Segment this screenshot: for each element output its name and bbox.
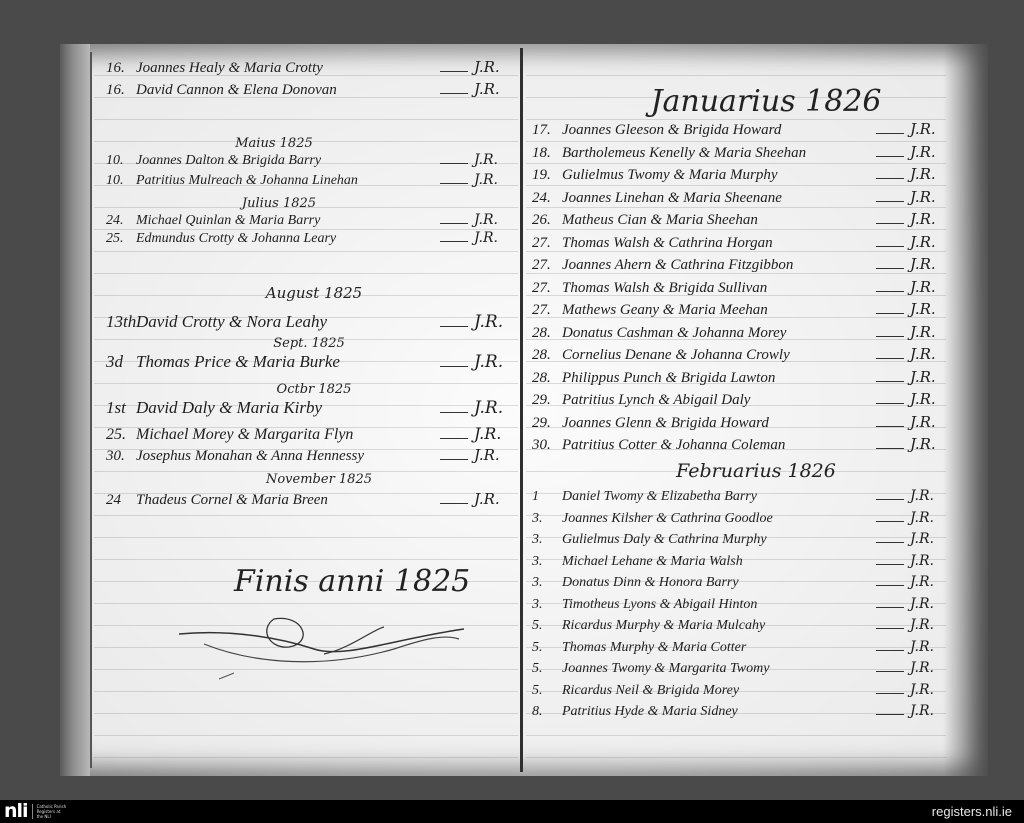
entry-day: 28. bbox=[532, 325, 562, 342]
entry-day: 28. bbox=[532, 370, 562, 387]
register-entry: 27.Mathews Geany & Maria MeehanJ.R. bbox=[532, 300, 942, 319]
entry-names: Edmundus Crotty & Johanna Leary bbox=[136, 231, 434, 247]
entry-names: Patritius Hyde & Maria Sidney bbox=[562, 704, 870, 720]
entry-dash bbox=[876, 448, 904, 449]
register-entry: 25. Michael Morey & Margarita Flyn J.R. bbox=[106, 424, 506, 444]
priest-initials: J.R. bbox=[910, 188, 942, 206]
priest-initials: J.R. bbox=[474, 58, 506, 76]
entry-names: Thomas Walsh & Cathrina Horgan bbox=[562, 235, 870, 252]
entry-day: 25. bbox=[106, 231, 136, 247]
entry-day: 5. bbox=[532, 683, 562, 699]
entry-names: David Crotty & Nora Leahy bbox=[136, 312, 434, 332]
entry-dash bbox=[440, 438, 468, 439]
entry-names: Michael Lehane & Maria Walsh bbox=[562, 554, 870, 570]
entry-dash bbox=[876, 585, 904, 586]
register-entry: 25. Edmundus Crotty & Johanna Leary J.R. bbox=[106, 230, 506, 247]
entry-day: 8. bbox=[532, 704, 562, 720]
entry-dash bbox=[440, 459, 468, 460]
entry-day: 3. bbox=[532, 575, 562, 591]
entry-dash bbox=[876, 607, 904, 608]
entry-day: 27. bbox=[532, 302, 562, 319]
entry-names: Joannes Kilsher & Cathrina Goodloe bbox=[562, 511, 870, 527]
priest-initials: J.R. bbox=[474, 446, 506, 464]
entry-day: 30. bbox=[532, 437, 562, 454]
section-heading: Octbr 1825 bbox=[259, 382, 369, 397]
entry-names: Timotheus Lyons & Abigail Hinton bbox=[562, 597, 870, 613]
priest-initials: J.R. bbox=[910, 574, 942, 590]
entry-names: Joannes Ahern & Cathrina Fitzgibbon bbox=[562, 257, 870, 274]
register-entry: 27.Joannes Ahern & Cathrina FitzgibbonJ.… bbox=[532, 255, 942, 274]
register-scan[interactable]: 16. Joannes Healy & Maria Crotty J.R. 16… bbox=[60, 44, 988, 776]
register-entry: 3.Donatus Dinn & Honora BarryJ.R. bbox=[532, 574, 942, 591]
priest-initials: J.R. bbox=[910, 120, 942, 138]
entry-day: 3. bbox=[532, 597, 562, 613]
section-heading: Januarius 1826 bbox=[636, 84, 896, 119]
entry-names: Michael Morey & Margarita Flyn bbox=[136, 426, 434, 444]
entry-names: Joannes Twomy & Margarita Twomy bbox=[562, 661, 870, 677]
entry-day: 25. bbox=[106, 426, 136, 444]
entry-names: Donatus Cashman & Johanna Morey bbox=[562, 325, 870, 342]
entry-day: 26. bbox=[532, 212, 562, 229]
priest-initials: J.R. bbox=[910, 210, 942, 228]
entry-day: 30. bbox=[106, 448, 136, 465]
left-page: 16. Joannes Healy & Maria Crotty J.R. 16… bbox=[94, 44, 518, 776]
entry-names: David Daly & Maria Kirby bbox=[136, 398, 434, 418]
entry-names: Thadeus Cornel & Maria Breen bbox=[136, 492, 434, 509]
priest-initials: J.R. bbox=[910, 596, 942, 612]
register-entry: 1Daniel Twomy & Elizabetha BarryJ.R. bbox=[532, 488, 942, 505]
priest-initials: J.R. bbox=[910, 300, 942, 318]
logo-caption-line: the NLI bbox=[37, 814, 67, 819]
flourish-ornament bbox=[174, 609, 474, 689]
register-entry: 5.Thomas Murphy & Maria CotterJ.R. bbox=[532, 639, 942, 656]
register-entry: 16. Joannes Healy & Maria Crotty J.R. bbox=[106, 58, 506, 77]
entry-names: Joannes Glenn & Brigida Howard bbox=[562, 415, 870, 432]
image-viewer[interactable]: 16. Joannes Healy & Maria Crotty J.R. 16… bbox=[0, 0, 1024, 800]
entry-day: 19. bbox=[532, 167, 562, 184]
entry-day: 16. bbox=[106, 82, 136, 99]
register-entry: 29.Joannes Glenn & Brigida HowardJ.R. bbox=[532, 413, 942, 432]
entry-day: 5. bbox=[532, 661, 562, 677]
register-entry: 27.Thomas Walsh & Brigida SullivanJ.R. bbox=[532, 278, 942, 297]
footer-bar: nli Catholic Parish Registers at the NLI… bbox=[0, 800, 1024, 823]
entry-names: Bartholemeus Kenelly & Maria Sheehan bbox=[562, 145, 870, 162]
entry-dash bbox=[440, 163, 468, 164]
register-entry: 5.Joannes Twomy & Margarita TwomyJ.R. bbox=[532, 660, 942, 677]
entry-day: 3d bbox=[106, 352, 136, 372]
entry-dash bbox=[876, 223, 904, 224]
entry-dash bbox=[876, 564, 904, 565]
entry-dash bbox=[876, 133, 904, 134]
priest-initials: J.R. bbox=[910, 368, 942, 386]
entry-dash bbox=[876, 201, 904, 202]
priest-initials: J.R. bbox=[910, 435, 942, 453]
register-entry: 24. Michael Quinlan & Maria Barry J.R. bbox=[106, 212, 506, 229]
entry-names: Gulielmus Daly & Cathrina Murphy bbox=[562, 532, 870, 548]
priest-initials: J.R. bbox=[474, 212, 506, 228]
register-entry: 10. Joannes Dalton & Brigida Barry J.R. bbox=[106, 152, 506, 169]
priest-initials: J.R. bbox=[910, 639, 942, 655]
entry-day: 27. bbox=[532, 280, 562, 297]
entry-dash bbox=[876, 313, 904, 314]
section-heading: August 1825 bbox=[244, 284, 384, 302]
priest-initials: J.R. bbox=[910, 531, 942, 547]
register-entry: 10. Patritius Mulreach & Johanna Linehan… bbox=[106, 172, 506, 189]
entry-names: Joannes Linehan & Maria Sheenane bbox=[562, 190, 870, 207]
entry-dash bbox=[876, 178, 904, 179]
entry-names: Thomas Walsh & Brigida Sullivan bbox=[562, 280, 870, 297]
priest-initials: J.R. bbox=[910, 553, 942, 569]
register-entry: 26.Matheus Cian & Maria SheehanJ.R. bbox=[532, 210, 942, 229]
register-entry: 17.Joannes Gleeson & Brigida HowardJ.R. bbox=[532, 120, 942, 139]
entry-names: Matheus Cian & Maria Sheehan bbox=[562, 212, 870, 229]
entry-names: Ricardus Neil & Brigida Morey bbox=[562, 683, 870, 699]
register-entry: 19.Gulielmus Twomy & Maria MurphyJ.R. bbox=[532, 165, 942, 184]
entry-day: 27. bbox=[532, 257, 562, 274]
register-entry: 3.Gulielmus Daly & Cathrina MurphyJ.R. bbox=[532, 531, 942, 548]
entry-names: Cornelius Denane & Johanna Crowly bbox=[562, 347, 870, 364]
priest-initials: J.R. bbox=[474, 230, 506, 246]
entry-dash bbox=[440, 241, 468, 242]
entry-dash bbox=[440, 412, 468, 413]
entry-names: Joannes Gleeson & Brigida Howard bbox=[562, 122, 870, 139]
entry-names: Patritius Lynch & Abigail Daly bbox=[562, 392, 870, 409]
entry-dash bbox=[876, 521, 904, 522]
register-entry: 27.Thomas Walsh & Cathrina HorganJ.R. bbox=[532, 233, 942, 252]
section-heading: Februarius 1826 bbox=[656, 460, 856, 482]
page-edge-shadow bbox=[943, 44, 988, 776]
entry-dash bbox=[876, 650, 904, 651]
logo-divider bbox=[32, 804, 33, 819]
entry-dash bbox=[440, 223, 468, 224]
entry-names: Josephus Monahan & Anna Hennessy bbox=[136, 448, 434, 465]
priest-initials: J.R. bbox=[474, 490, 506, 508]
closing-note: Finis anni 1825 bbox=[234, 564, 470, 599]
entry-dash bbox=[876, 628, 904, 629]
priest-initials: J.R. bbox=[910, 278, 942, 296]
section-heading: November 1825 bbox=[254, 472, 384, 487]
entry-names: Mathews Geany & Maria Meehan bbox=[562, 302, 870, 319]
register-entry: 28.Philippus Punch & Brigida LawtonJ.R. bbox=[532, 368, 942, 387]
priest-initials: J.R. bbox=[910, 390, 942, 408]
entry-day: 24. bbox=[532, 190, 562, 207]
entry-dash bbox=[876, 403, 904, 404]
entry-day: 27. bbox=[532, 235, 562, 252]
entry-names: Joannes Healy & Maria Crotty bbox=[136, 60, 434, 77]
section-heading: Maius 1825 bbox=[214, 136, 334, 151]
register-entry: 3.Michael Lehane & Maria WalshJ.R. bbox=[532, 553, 942, 570]
priest-initials: J.R. bbox=[474, 312, 506, 332]
entry-names: Donatus Dinn & Honora Barry bbox=[562, 575, 870, 591]
entry-dash bbox=[440, 71, 468, 72]
priest-initials: J.R. bbox=[910, 143, 942, 161]
right-page: Januarius 1826 17.Joannes Gleeson & Brig… bbox=[526, 44, 946, 776]
priest-initials: J.R. bbox=[474, 172, 506, 188]
register-entry: 16. David Cannon & Elena Donovan J.R. bbox=[106, 80, 506, 99]
register-entry: 1st David Daly & Maria Kirby J.R. bbox=[106, 398, 506, 418]
register-entry: 30. Josephus Monahan & Anna Hennessy J.R… bbox=[106, 446, 506, 465]
register-entry: 3.Joannes Kilsher & Cathrina GoodloeJ.R. bbox=[532, 510, 942, 527]
entry-day: 17. bbox=[532, 122, 562, 139]
priest-initials: J.R. bbox=[910, 617, 942, 633]
entry-day: 13th bbox=[106, 312, 136, 332]
entry-dash bbox=[876, 714, 904, 715]
priest-initials: J.R. bbox=[474, 398, 506, 418]
book-binding-edge bbox=[60, 44, 90, 776]
section-heading: Sept. 1825 bbox=[254, 336, 364, 351]
entry-day: 10. bbox=[106, 153, 136, 169]
register-entry: 28.Cornelius Denane & Johanna CrowlyJ.R. bbox=[532, 345, 942, 364]
entry-dash bbox=[876, 693, 904, 694]
logo-caption: Catholic Parish Registers at the NLI bbox=[37, 804, 67, 819]
site-link[interactable]: registers.nli.ie bbox=[932, 804, 1012, 819]
priest-initials: J.R. bbox=[910, 345, 942, 363]
priest-initials: J.R. bbox=[910, 703, 942, 719]
priest-initials: J.R. bbox=[910, 323, 942, 341]
priest-initials: J.R. bbox=[474, 152, 506, 168]
priest-initials: J.R. bbox=[474, 352, 506, 372]
entry-day: 16. bbox=[106, 60, 136, 77]
register-entry: 24.Joannes Linehan & Maria SheenaneJ.R. bbox=[532, 188, 942, 207]
entry-day: 5. bbox=[532, 640, 562, 656]
register-entry: 28.Donatus Cashman & Johanna MoreyJ.R. bbox=[532, 323, 942, 342]
register-entry: 5.Ricardus Murphy & Maria MulcahyJ.R. bbox=[532, 617, 942, 634]
page-gutter bbox=[520, 48, 523, 772]
priest-initials: J.R. bbox=[910, 413, 942, 431]
entry-day: 5. bbox=[532, 618, 562, 634]
entry-dash bbox=[876, 336, 904, 337]
nli-logo[interactable]: nli Catholic Parish Registers at the NLI bbox=[4, 802, 66, 821]
register-entry: 30.Patritius Cotter & Johanna ColemanJ.R… bbox=[532, 435, 942, 454]
entry-names: Ricardus Murphy & Maria Mulcahy bbox=[562, 618, 870, 634]
section-heading: Julius 1825 bbox=[224, 196, 334, 211]
entry-dash bbox=[876, 156, 904, 157]
entry-day: 28. bbox=[532, 347, 562, 364]
priest-initials: J.R. bbox=[910, 488, 942, 504]
entry-day: 1st bbox=[106, 398, 136, 418]
entry-names: Thomas Murphy & Maria Cotter bbox=[562, 640, 870, 656]
entry-dash bbox=[876, 426, 904, 427]
entry-day: 3. bbox=[532, 511, 562, 527]
entry-dash bbox=[440, 93, 468, 94]
register-entry: 13th David Crotty & Nora Leahy J.R. bbox=[106, 312, 506, 332]
entry-names: Patritius Cotter & Johanna Coleman bbox=[562, 437, 870, 454]
entry-day: 29. bbox=[532, 392, 562, 409]
register-entry: 18.Bartholemeus Kenelly & Maria SheehanJ… bbox=[532, 143, 942, 162]
entry-day: 10. bbox=[106, 173, 136, 189]
entry-names: Philippus Punch & Brigida Lawton bbox=[562, 370, 870, 387]
entry-dash bbox=[876, 268, 904, 269]
entry-dash bbox=[440, 366, 468, 367]
priest-initials: J.R. bbox=[474, 424, 506, 443]
entry-dash bbox=[876, 542, 904, 543]
register-entry: 3d Thomas Price & Maria Burke J.R. bbox=[106, 352, 506, 372]
entry-names: Daniel Twomy & Elizabetha Barry bbox=[562, 489, 870, 505]
entry-day: 3. bbox=[532, 532, 562, 548]
entry-names: David Cannon & Elena Donovan bbox=[136, 82, 434, 99]
priest-initials: J.R. bbox=[910, 682, 942, 698]
entry-day: 24. bbox=[106, 213, 136, 229]
entry-dash bbox=[440, 183, 468, 184]
entry-names: Joannes Dalton & Brigida Barry bbox=[136, 153, 434, 169]
priest-initials: J.R. bbox=[910, 510, 942, 526]
entry-dash bbox=[876, 246, 904, 247]
priest-initials: J.R. bbox=[910, 233, 942, 251]
register-entry: 24 Thadeus Cornel & Maria Breen J.R. bbox=[106, 490, 506, 509]
entry-dash bbox=[876, 291, 904, 292]
entry-day: 1 bbox=[532, 489, 562, 505]
entry-dash bbox=[876, 499, 904, 500]
entry-dash bbox=[876, 381, 904, 382]
register-entry: 3.Timotheus Lyons & Abigail HintonJ.R. bbox=[532, 596, 942, 613]
entry-day: 18. bbox=[532, 145, 562, 162]
register-entry: 5.Ricardus Neil & Brigida MoreyJ.R. bbox=[532, 682, 942, 699]
priest-initials: J.R. bbox=[910, 165, 942, 183]
entry-dash bbox=[876, 358, 904, 359]
entry-names: Gulielmus Twomy & Maria Murphy bbox=[562, 167, 870, 184]
left-margin-rule bbox=[90, 52, 92, 768]
priest-initials: J.R. bbox=[474, 80, 506, 98]
entry-day: 24 bbox=[106, 492, 136, 509]
priest-initials: J.R. bbox=[910, 660, 942, 676]
nli-logo-mark: nli bbox=[4, 802, 28, 821]
entry-dash bbox=[876, 671, 904, 672]
entry-dash bbox=[440, 503, 468, 504]
entry-names: Patritius Mulreach & Johanna Linehan bbox=[136, 173, 434, 189]
entry-day: 3. bbox=[532, 554, 562, 570]
register-entry: 8.Patritius Hyde & Maria SidneyJ.R. bbox=[532, 703, 942, 720]
entry-names: Michael Quinlan & Maria Barry bbox=[136, 213, 434, 229]
register-entry: 29.Patritius Lynch & Abigail DalyJ.R. bbox=[532, 390, 942, 409]
entry-names: Thomas Price & Maria Burke bbox=[136, 352, 434, 372]
entry-day: 29. bbox=[532, 415, 562, 432]
entry-dash bbox=[440, 326, 468, 327]
priest-initials: J.R. bbox=[910, 255, 942, 273]
